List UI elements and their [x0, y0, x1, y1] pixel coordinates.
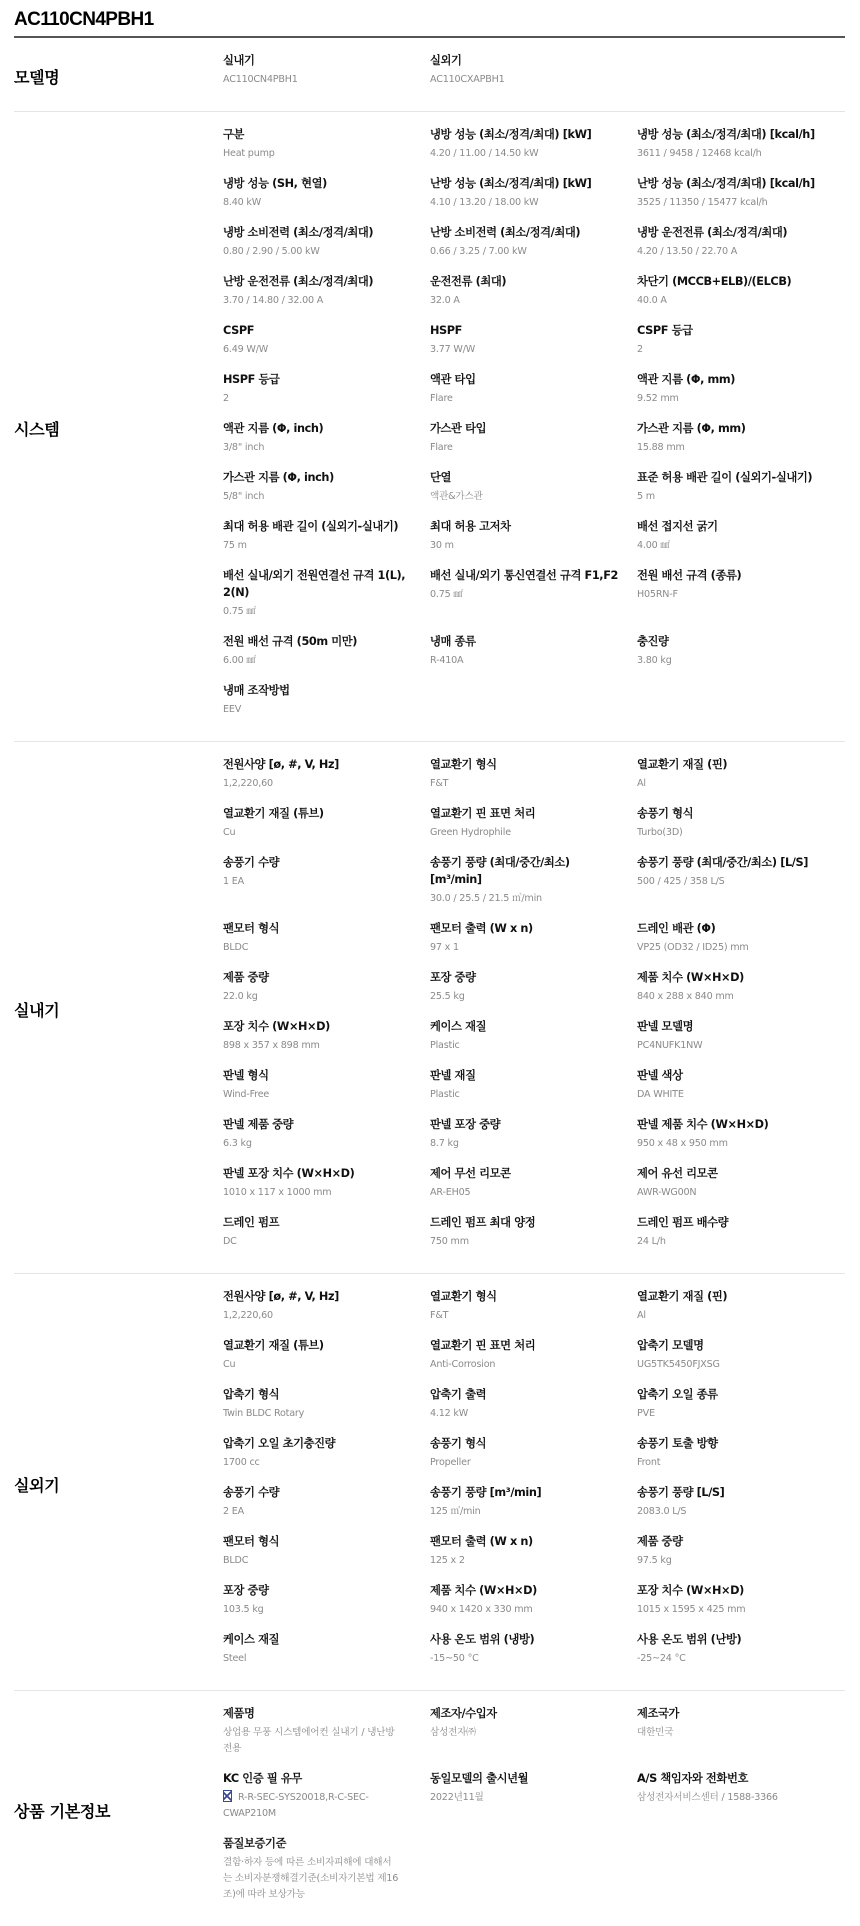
spec-value: 25.5 kg — [430, 989, 637, 1005]
spec-item: 판넬 포장 중량 8.7 kg — [430, 1116, 637, 1165]
spec-item: 팬모터 형식 BLDC — [223, 920, 430, 969]
spec-item: 포장 중량 25.5 kg — [430, 969, 637, 1018]
spec-value: 1015 x 1595 x 425 mm — [637, 1602, 837, 1618]
spec-value: 액관&가스관 — [430, 489, 637, 505]
spec-value: 결함·하자 등에 따른 소비자피해에 대해서는 소비자분쟁해결기준(소비자기본법… — [223, 1855, 430, 1903]
spec-value: 898 x 357 x 898 mm — [223, 1038, 430, 1054]
spec-value: 대한민국 — [637, 1725, 837, 1741]
spec-label: 열교환기 형식 — [430, 756, 637, 773]
spec-value: 2 — [223, 391, 430, 407]
spec-item: 사용 온도 범위 (난방) -25~24 °C — [637, 1631, 837, 1680]
spec-value: -15~50 °C — [430, 1651, 637, 1667]
spec-label: 냉방 성능 (SH, 현열) — [223, 175, 430, 192]
spec-value: 125 ㎥/min — [430, 1504, 637, 1520]
spec-value: 상업용 무풍 시스템에어컨 실내기 / 냉난방 전용 — [223, 1725, 430, 1757]
spec-item: 송풍기 형식 Propeller — [430, 1435, 637, 1484]
spec-item: 열교환기 형식 F&T — [430, 756, 637, 805]
spec-item: 배선 실내/외기 전원연결선 규격 1(L), 2(N) 0.75 ㎟ — [223, 567, 430, 633]
spec-label: 판넬 제품 치수 (W×H×D) — [637, 1116, 837, 1133]
spec-item: 열교환기 재질 (튜브) Cu — [223, 805, 430, 854]
spec-value: 8.40 kW — [223, 195, 430, 211]
spec-value: 5 m — [637, 489, 837, 505]
spec-item: 실외기 AC110CXAPBH1 — [430, 52, 637, 101]
spec-item: 제조국가 대한민국 — [637, 1705, 837, 1770]
spec-value: 940 x 1420 x 330 mm — [430, 1602, 637, 1618]
spec-label: 냉방 운전전류 (최소/정격/최대) — [637, 224, 837, 241]
spec-value: 840 x 288 x 840 mm — [637, 989, 837, 1005]
spec-value: 6.49 W/W — [223, 342, 430, 358]
spec-item: CSPF 6.49 W/W — [223, 322, 430, 371]
spec-value: 0.75 ㎟ — [223, 604, 430, 620]
spec-item: 팬모터 출력 (W x n) 97 x 1 — [430, 920, 637, 969]
spec-label: 판넬 재질 — [430, 1067, 637, 1084]
spec-value: 1 EA — [223, 874, 430, 890]
spec-value: AC110CN4PBH1 — [223, 72, 430, 88]
spec-label: 최대 허용 고저차 — [430, 518, 637, 535]
spec-value: 2022년11월 — [430, 1790, 637, 1806]
spec-label: 송풍기 풍량 (최대/중간/최소) [m³/min] — [430, 854, 637, 888]
spec-item: KC 인증 필 유무 R-R-SEC-SYS20018,R-C-SEC-CWAP… — [223, 1770, 430, 1835]
spec-item: 압축기 오일 종류 PVE — [637, 1386, 837, 1435]
spec-label: 송풍기 풍량 [L/S] — [637, 1484, 837, 1501]
spec-label: 포장 치수 (W×H×D) — [637, 1582, 837, 1599]
spec-value: 103.5 kg — [223, 1602, 430, 1618]
spec-value: -25~24 °C — [637, 1651, 837, 1667]
spec-item: 사용 온도 범위 (냉방) -15~50 °C — [430, 1631, 637, 1680]
spec-value: 3.77 W/W — [430, 342, 637, 358]
spec-label: 압축기 오일 초기충진량 — [223, 1435, 430, 1452]
spec-label: 압축기 오일 종류 — [637, 1386, 837, 1403]
spec-item: 압축기 형식 Twin BLDC Rotary — [223, 1386, 430, 1435]
spec-item: 냉방 소비전력 (최소/정격/최대) 0.80 / 2.90 / 5.00 kW — [223, 224, 430, 273]
spec-label: 품질보증기준 — [223, 1835, 430, 1852]
spec-value: EEV — [223, 702, 430, 718]
spec-item: 구분 Heat pump — [223, 126, 430, 175]
spec-label: 포장 중량 — [430, 969, 637, 986]
spec-label: 운전전류 (최대) — [430, 273, 637, 290]
spec-item: 판넬 재질 Plastic — [430, 1067, 637, 1116]
spec-item: 드레인 배관 (Φ) VP25 (OD32 / ID25) mm — [637, 920, 837, 969]
spec-item: CSPF 등급 2 — [637, 322, 837, 371]
spec-value: Wind-Free — [223, 1087, 430, 1103]
spec-item: 판넬 포장 치수 (W×H×D) 1010 x 117 x 1000 mm — [223, 1165, 430, 1214]
spec-item: 난방 성능 (최소/정격/최대) [kcal/h] 3525 / 11350 /… — [637, 175, 837, 224]
spec-label: 차단기 (MCCB+ELB)/(ELCB) — [637, 273, 837, 290]
spec-item: 드레인 펌프 DC — [223, 1214, 430, 1263]
spec-item: 제품 치수 (W×H×D) 940 x 1420 x 330 mm — [430, 1582, 637, 1631]
spec-item: 압축기 출력 4.12 kW — [430, 1386, 637, 1435]
spec-item: 송풍기 풍량 [m³/min] 125 ㎥/min — [430, 1484, 637, 1533]
spec-value: Plastic — [430, 1087, 637, 1103]
spec-item: 최대 허용 배관 길이 (실외기-실내기) 75 m — [223, 518, 430, 567]
spec-value: Green Hydrophile — [430, 825, 637, 841]
spec-label: 송풍기 수량 — [223, 1484, 430, 1501]
spec-item: 제조자/수입자 삼성전자㈜ — [430, 1705, 637, 1770]
spec-label: 전원 배선 규격 (종류) — [637, 567, 837, 584]
spec-label: 냉방 성능 (최소/정격/최대) [kcal/h] — [637, 126, 837, 143]
spec-item: 차단기 (MCCB+ELB)/(ELCB) 40.0 A — [637, 273, 837, 322]
spec-label: 전원사양 [ø, #, V, Hz] — [223, 1288, 430, 1305]
spec-value: Plastic — [430, 1038, 637, 1054]
spec-item: 열교환기 재질 (튜브) Cu — [223, 1337, 430, 1386]
spec-label: 압축기 출력 — [430, 1386, 637, 1403]
spec-value: AWR-WG00N — [637, 1185, 837, 1201]
spec-label: 실외기 — [430, 52, 637, 69]
spec-value: 2 — [637, 342, 837, 358]
spec-item: 액관 타입 Flare — [430, 371, 637, 420]
spec-item: 난방 소비전력 (최소/정격/최대) 0.66 / 3.25 / 7.00 kW — [430, 224, 637, 273]
spec-label: 압축기 모델명 — [637, 1337, 837, 1354]
spec-item: 충진량 3.80 kg — [637, 633, 837, 682]
spec-item: 가스관 타입 Flare — [430, 420, 637, 469]
spec-sections: 모델명 실내기 AC110CN4PBH1 실외기 AC110CXAPBH1 시스… — [14, 38, 845, 1926]
spec-item: 가스관 지름 (Φ, mm) 15.88 mm — [637, 420, 837, 469]
spec-value: VP25 (OD32 / ID25) mm — [637, 940, 837, 956]
spec-value: 4.20 / 13.50 / 22.70 A — [637, 244, 837, 260]
spec-value: Al — [637, 1308, 837, 1324]
spec-label: 포장 치수 (W×H×D) — [223, 1018, 430, 1035]
spec-item: 제품 중량 97.5 kg — [637, 1533, 837, 1582]
spec-label: 드레인 펌프 최대 양정 — [430, 1214, 637, 1231]
spec-label: 냉방 성능 (최소/정격/최대) [kW] — [430, 126, 637, 143]
spec-item: 포장 치수 (W×H×D) 898 x 357 x 898 mm — [223, 1018, 430, 1067]
spec-item: 제어 무선 리모콘 AR-EH05 — [430, 1165, 637, 1214]
spec-value: 0.75 ㎟ — [430, 587, 637, 603]
spec-value: 97.5 kg — [637, 1553, 837, 1569]
spec-value: 30 m — [430, 538, 637, 554]
spec-value: AR-EH05 — [430, 1185, 637, 1201]
spec-value: 22.0 kg — [223, 989, 430, 1005]
spec-label: 전원 배선 규격 (50m 미만) — [223, 633, 430, 650]
spec-label: 제품 중량 — [223, 969, 430, 986]
spec-label: 송풍기 풍량 (최대/중간/최소) [L/S] — [637, 854, 837, 871]
spec-value: BLDC — [223, 940, 430, 956]
spec-item: 송풍기 수량 1 EA — [223, 854, 430, 920]
spec-item: 송풍기 풍량 [L/S] 2083.0 L/S — [637, 1484, 837, 1533]
spec-label: 액관 지름 (Φ, inch) — [223, 420, 430, 437]
spec-value: 3611 / 9458 / 12468 kcal/h — [637, 146, 837, 162]
spec-label: CSPF — [223, 322, 430, 339]
spec-value: 3/8" inch — [223, 440, 430, 456]
spec-label: 팬모터 출력 (W x n) — [430, 920, 637, 937]
spec-value: H05RN-F — [637, 587, 837, 603]
spec-item: 판넬 모델명 PC4NUFK1NW — [637, 1018, 837, 1067]
spec-label: 열교환기 핀 표면 처리 — [430, 805, 637, 822]
spec-label: 제어 무선 리모콘 — [430, 1165, 637, 1182]
spec-label: 압축기 형식 — [223, 1386, 430, 1403]
spec-value: 0.66 / 3.25 / 7.00 kW — [430, 244, 637, 260]
spec-item: 난방 운전전류 (최소/정격/최대) 3.70 / 14.80 / 32.00 … — [223, 273, 430, 322]
spec-value: F&T — [430, 776, 637, 792]
spec-label: 냉매 조작방법 — [223, 682, 430, 699]
section-label: 실외기 — [14, 1288, 223, 1680]
spec-label: HSPF 등급 — [223, 371, 430, 388]
spec-item: 배선 접지선 굵기 4.00 ㎟ — [637, 518, 837, 567]
spec-value: 3525 / 11350 / 15477 kcal/h — [637, 195, 837, 211]
spec-label: 배선 접지선 굵기 — [637, 518, 837, 535]
spec-value: 6.3 kg — [223, 1136, 430, 1152]
spec-value: 1700 cc — [223, 1455, 430, 1471]
spec-value: R-410A — [430, 653, 637, 669]
spec-item: 제품 치수 (W×H×D) 840 x 288 x 840 mm — [637, 969, 837, 1018]
spec-label: 단열 — [430, 469, 637, 486]
spec-item: 팬모터 출력 (W x n) 125 x 2 — [430, 1533, 637, 1582]
spec-item: 전원사양 [ø, #, V, Hz] 1,2,220,60 — [223, 1288, 430, 1337]
spec-value: 삼성전자서비스센터 / 1588-3366 — [637, 1790, 837, 1806]
spec-value: 3.80 kg — [637, 653, 837, 669]
spec-section-3: 실외기 전원사양 [ø, #, V, Hz] 1,2,220,60 열교환기 형… — [14, 1274, 845, 1691]
spec-item: 압축기 오일 초기충진량 1700 cc — [223, 1435, 430, 1484]
spec-grid: 제품명 상업용 무풍 시스템에어컨 실내기 / 냉난방 전용 제조자/수입자 삼… — [223, 1705, 845, 1916]
spec-label: 가스관 지름 (Φ, inch) — [223, 469, 430, 486]
spec-value: 2083.0 L/S — [637, 1504, 837, 1520]
spec-value: 950 x 48 x 950 mm — [637, 1136, 837, 1152]
spec-value: DC — [223, 1234, 430, 1250]
spec-item: 송풍기 풍량 (최대/중간/최소) [m³/min] 30.0 / 25.5 /… — [430, 854, 637, 920]
spec-label: 케이스 재질 — [223, 1631, 430, 1648]
spec-label: 송풍기 형식 — [637, 805, 837, 822]
spec-value: 8.7 kg — [430, 1136, 637, 1152]
spec-value: Cu — [223, 825, 430, 841]
spec-item: 송풍기 토출 방향 Front — [637, 1435, 837, 1484]
spec-label: 열교환기 재질 (핀) — [637, 1288, 837, 1305]
spec-section-1: 시스템 구분 Heat pump 냉방 성능 (최소/정격/최대) [kW] 4… — [14, 112, 845, 742]
spec-item: 드레인 펌프 최대 양정 750 mm — [430, 1214, 637, 1263]
spec-label: 실내기 — [223, 52, 430, 69]
spec-item: 단열 액관&가스관 — [430, 469, 637, 518]
spec-item: 포장 중량 103.5 kg — [223, 1582, 430, 1631]
spec-grid: 실내기 AC110CN4PBH1 실외기 AC110CXAPBH1 — [223, 52, 845, 101]
spec-label: 난방 성능 (최소/정격/최대) [kcal/h] — [637, 175, 837, 192]
spec-label: 구분 — [223, 126, 430, 143]
spec-label: 충진량 — [637, 633, 837, 650]
spec-item: 케이스 재질 Steel — [223, 1631, 430, 1680]
section-label: 실내기 — [14, 756, 223, 1263]
spec-label: 판넬 색상 — [637, 1067, 837, 1084]
spec-label: 열교환기 형식 — [430, 1288, 637, 1305]
spec-label: 제품 치수 (W×H×D) — [430, 1582, 637, 1599]
spec-value: 5/8" inch — [223, 489, 430, 505]
spec-value: 32.0 A — [430, 293, 637, 309]
spec-item: HSPF 3.77 W/W — [430, 322, 637, 371]
spec-label: 난방 운전전류 (최소/정격/최대) — [223, 273, 430, 290]
spec-label: 포장 중량 — [223, 1582, 430, 1599]
spec-value: 3.70 / 14.80 / 32.00 A — [223, 293, 430, 309]
spec-item: 가스관 지름 (Φ, inch) 5/8" inch — [223, 469, 430, 518]
spec-label: 배선 실내/외기 전원연결선 규격 1(L), 2(N) — [223, 567, 430, 601]
spec-item: 난방 성능 (최소/정격/최대) [kW] 4.10 / 13.20 / 18.… — [430, 175, 637, 224]
spec-label: 송풍기 풍량 [m³/min] — [430, 1484, 637, 1501]
spec-value: 6.00 ㎟ — [223, 653, 430, 669]
spec-item: 배선 실내/외기 통신연결선 규격 F1,F2 0.75 ㎟ — [430, 567, 637, 633]
section-label: 모델명 — [14, 52, 223, 101]
spec-value: Steel — [223, 1651, 430, 1667]
spec-value: 1,2,220,60 — [223, 776, 430, 792]
spec-value: 24 L/h — [637, 1234, 837, 1250]
spec-value: UG5TK5450FJXSG — [637, 1357, 837, 1373]
spec-label: 송풍기 토출 방향 — [637, 1435, 837, 1452]
spec-label: 팬모터 형식 — [223, 920, 430, 937]
spec-value: 4.00 ㎟ — [637, 538, 837, 554]
spec-item: 열교환기 핀 표면 처리 Anti-Corrosion — [430, 1337, 637, 1386]
spec-item: 드레인 펌프 배수량 24 L/h — [637, 1214, 837, 1263]
spec-value: BLDC — [223, 1553, 430, 1569]
spec-label: 사용 온도 범위 (냉방) — [430, 1631, 637, 1648]
section-label: 상품 기본정보 — [14, 1705, 223, 1916]
spec-item: 송풍기 풍량 (최대/중간/최소) [L/S] 500 / 425 / 358 … — [637, 854, 837, 920]
spec-label: 판넬 포장 중량 — [430, 1116, 637, 1133]
spec-label: 제품 중량 — [637, 1533, 837, 1550]
spec-value: AC110CXAPBH1 — [430, 72, 637, 88]
spec-value: Propeller — [430, 1455, 637, 1471]
spec-value: 4.20 / 11.00 / 14.50 kW — [430, 146, 637, 162]
spec-section-4: 상품 기본정보 제품명 상업용 무풍 시스템에어컨 실내기 / 냉난방 전용 제… — [14, 1691, 845, 1926]
spec-item: HSPF 등급 2 — [223, 371, 430, 420]
spec-page: AC110CN4PBH1 모델명 실내기 AC110CN4PBH1 실외기 AC… — [0, 0, 860, 1926]
spec-item: 제어 유선 리모콘 AWR-WG00N — [637, 1165, 837, 1214]
spec-value: 125 x 2 — [430, 1553, 637, 1569]
spec-value: 500 / 425 / 358 L/S — [637, 874, 837, 890]
spec-label: 배선 실내/외기 통신연결선 규격 F1,F2 — [430, 567, 637, 584]
spec-label: 액관 지름 (Φ, mm) — [637, 371, 837, 388]
spec-label: 최대 허용 배관 길이 (실외기-실내기) — [223, 518, 430, 535]
spec-value: Heat pump — [223, 146, 430, 162]
spec-value: 9.52 mm — [637, 391, 837, 407]
spec-item: 냉방 성능 (최소/정격/최대) [kW] 4.20 / 11.00 / 14.… — [430, 126, 637, 175]
spec-item: 열교환기 핀 표면 처리 Green Hydrophile — [430, 805, 637, 854]
spec-label: 제품명 — [223, 1705, 430, 1722]
spec-label: 냉방 소비전력 (최소/정격/최대) — [223, 224, 430, 241]
spec-label: 제조국가 — [637, 1705, 837, 1722]
spec-value: 1,2,220,60 — [223, 1308, 430, 1324]
spec-value: Flare — [430, 391, 637, 407]
spec-value: 40.0 A — [637, 293, 837, 309]
kc-mark-icon — [223, 1790, 232, 1802]
spec-item: 전원사양 [ø, #, V, Hz] 1,2,220,60 — [223, 756, 430, 805]
spec-grid: 전원사양 [ø, #, V, Hz] 1,2,220,60 열교환기 형식 F&… — [223, 756, 845, 1263]
spec-item: 품질보증기준 결함·하자 등에 따른 소비자피해에 대해서는 소비자분쟁해결기준… — [223, 1835, 430, 1916]
spec-label: 팬모터 형식 — [223, 1533, 430, 1550]
spec-label: 드레인 펌프 — [223, 1214, 430, 1231]
spec-label: 판넬 제품 중량 — [223, 1116, 430, 1133]
spec-value: PC4NUFK1NW — [637, 1038, 837, 1054]
spec-value: 0.80 / 2.90 / 5.00 kW — [223, 244, 430, 260]
spec-label: 제품 치수 (W×H×D) — [637, 969, 837, 986]
spec-item: 케이스 재질 Plastic — [430, 1018, 637, 1067]
spec-label: 열교환기 재질 (핀) — [637, 756, 837, 773]
spec-item: 압축기 모델명 UG5TK5450FJXSG — [637, 1337, 837, 1386]
spec-label: CSPF 등급 — [637, 322, 837, 339]
spec-item: 동일모델의 출시년월 2022년11월 — [430, 1770, 637, 1835]
spec-value: Front — [637, 1455, 837, 1471]
spec-grid: 전원사양 [ø, #, V, Hz] 1,2,220,60 열교환기 형식 F&… — [223, 1288, 845, 1680]
spec-value: Anti-Corrosion — [430, 1357, 637, 1373]
spec-value: PVE — [637, 1406, 837, 1422]
spec-value: Al — [637, 776, 837, 792]
spec-label: 난방 성능 (최소/정격/최대) [kW] — [430, 175, 637, 192]
spec-item: 전원 배선 규격 (종류) H05RN-F — [637, 567, 837, 633]
spec-value: 4.10 / 13.20 / 18.00 kW — [430, 195, 637, 211]
spec-item: 액관 지름 (Φ, inch) 3/8" inch — [223, 420, 430, 469]
spec-label: 열교환기 재질 (튜브) — [223, 805, 430, 822]
spec-label: 열교환기 핀 표면 처리 — [430, 1337, 637, 1354]
spec-label: KC 인증 필 유무 — [223, 1770, 430, 1787]
spec-item: 액관 지름 (Φ, mm) 9.52 mm — [637, 371, 837, 420]
spec-item: 실내기 AC110CN4PBH1 — [223, 52, 430, 101]
spec-item: 냉방 성능 (최소/정격/최대) [kcal/h] 3611 / 9458 / … — [637, 126, 837, 175]
spec-item: 제품 중량 22.0 kg — [223, 969, 430, 1018]
spec-label: 액관 타입 — [430, 371, 637, 388]
spec-item: 운전전류 (최대) 32.0 A — [430, 273, 637, 322]
spec-label: 가스관 타입 — [430, 420, 637, 437]
spec-value: Cu — [223, 1357, 430, 1373]
spec-label: 제조자/수입자 — [430, 1705, 637, 1722]
spec-item: 송풍기 형식 Turbo(3D) — [637, 805, 837, 854]
spec-item: 표준 허용 배관 길이 (실외기-실내기) 5 m — [637, 469, 837, 518]
spec-value: 750 mm — [430, 1234, 637, 1250]
page-title: AC110CN4PBH1 — [14, 0, 845, 38]
spec-label: 드레인 배관 (Φ) — [637, 920, 837, 937]
spec-value: F&T — [430, 1308, 637, 1324]
spec-grid: 구분 Heat pump 냉방 성능 (최소/정격/최대) [kW] 4.20 … — [223, 126, 845, 731]
spec-label: 냉매 종류 — [430, 633, 637, 650]
spec-value-text: R-R-SEC-SYS20018,R-C-SEC-CWAP210M — [223, 1792, 369, 1819]
spec-label: 표준 허용 배관 길이 (실외기-실내기) — [637, 469, 837, 486]
spec-label: 난방 소비전력 (최소/정격/최대) — [430, 224, 637, 241]
spec-label: HSPF — [430, 322, 637, 339]
spec-label: 사용 온도 범위 (난방) — [637, 1631, 837, 1648]
spec-item: 팬모터 형식 BLDC — [223, 1533, 430, 1582]
spec-label: 열교환기 재질 (튜브) — [223, 1337, 430, 1354]
spec-value: 4.12 kW — [430, 1406, 637, 1422]
spec-label: 드레인 펌프 배수량 — [637, 1214, 837, 1231]
spec-label: 가스관 지름 (Φ, mm) — [637, 420, 837, 437]
spec-item: 냉매 종류 R-410A — [430, 633, 637, 682]
spec-value: Twin BLDC Rotary — [223, 1406, 430, 1422]
spec-value: Flare — [430, 440, 637, 456]
spec-item: 판넬 제품 중량 6.3 kg — [223, 1116, 430, 1165]
spec-item: 송풍기 수량 2 EA — [223, 1484, 430, 1533]
spec-item: 포장 치수 (W×H×D) 1015 x 1595 x 425 mm — [637, 1582, 837, 1631]
spec-value: DA WHITE — [637, 1087, 837, 1103]
spec-section-2: 실내기 전원사양 [ø, #, V, Hz] 1,2,220,60 열교환기 형… — [14, 742, 845, 1274]
spec-item: 냉방 운전전류 (최소/정격/최대) 4.20 / 13.50 / 22.70 … — [637, 224, 837, 273]
spec-label: 제어 유선 리모콘 — [637, 1165, 837, 1182]
spec-label: 케이스 재질 — [430, 1018, 637, 1035]
spec-label: 판넬 포장 치수 (W×H×D) — [223, 1165, 430, 1182]
section-label: 시스템 — [14, 126, 223, 731]
spec-item: 전원 배선 규격 (50m 미만) 6.00 ㎟ — [223, 633, 430, 682]
spec-item: 냉매 조작방법 EEV — [223, 682, 430, 731]
spec-value: 30.0 / 25.5 / 21.5 ㎥/min — [430, 891, 637, 907]
spec-value: 2 EA — [223, 1504, 430, 1520]
spec-item: 판넬 색상 DA WHITE — [637, 1067, 837, 1116]
spec-item: 제품명 상업용 무풍 시스템에어컨 실내기 / 냉난방 전용 — [223, 1705, 430, 1770]
spec-value: 97 x 1 — [430, 940, 637, 956]
spec-item: A/S 책임자와 전화번호 삼성전자서비스센터 / 1588-3366 — [637, 1770, 837, 1835]
spec-item: 판넬 형식 Wind-Free — [223, 1067, 430, 1116]
spec-item: 판넬 제품 치수 (W×H×D) 950 x 48 x 950 mm — [637, 1116, 837, 1165]
spec-label: 전원사양 [ø, #, V, Hz] — [223, 756, 430, 773]
spec-label: 송풍기 수량 — [223, 854, 430, 871]
spec-value: 15.88 mm — [637, 440, 837, 456]
spec-item: 열교환기 형식 F&T — [430, 1288, 637, 1337]
spec-value: 삼성전자㈜ — [430, 1725, 637, 1741]
spec-value: Turbo(3D) — [637, 825, 837, 841]
spec-label: 송풍기 형식 — [430, 1435, 637, 1452]
spec-value: 1010 x 117 x 1000 mm — [223, 1185, 430, 1201]
spec-label: 판넬 형식 — [223, 1067, 430, 1084]
